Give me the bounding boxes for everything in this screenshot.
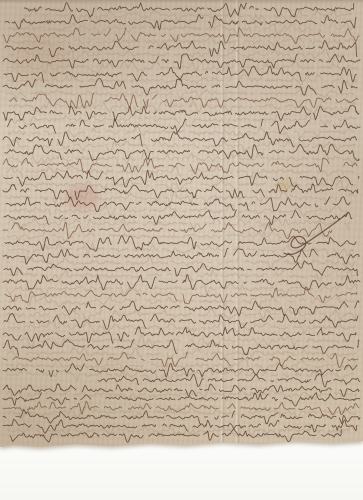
bleedthrough-line: [7, 309, 356, 321]
bleedthrough-line: [10, 205, 347, 217]
bleedthrough-line: [7, 231, 329, 243]
bleedthrough-line: [7, 166, 354, 178]
handwriting-layer: [0, 0, 363, 500]
bleedthrough-line: [8, 269, 355, 282]
handwriting-line: [3, 393, 360, 406]
handwriting-line: [10, 429, 342, 442]
paper-stain: [10, 38, 70, 82]
handwriting-line: [3, 384, 359, 397]
bleedthrough-line: [8, 218, 349, 230]
bleedthrough-line: [9, 295, 354, 307]
bleedthrough-line: [7, 87, 354, 99]
bleedthrough-line: [7, 113, 356, 127]
letter-scan: [0, 0, 363, 500]
handwriting-line: [98, 374, 360, 387]
bleedthrough-line: [7, 424, 354, 437]
bleedthrough-line: [8, 127, 353, 139]
handwriting-line: [4, 170, 359, 187]
bleedthrough-line: [9, 23, 353, 35]
bleedthrough-line: [7, 139, 355, 152]
bleedthrough-line: [24, 10, 351, 22]
